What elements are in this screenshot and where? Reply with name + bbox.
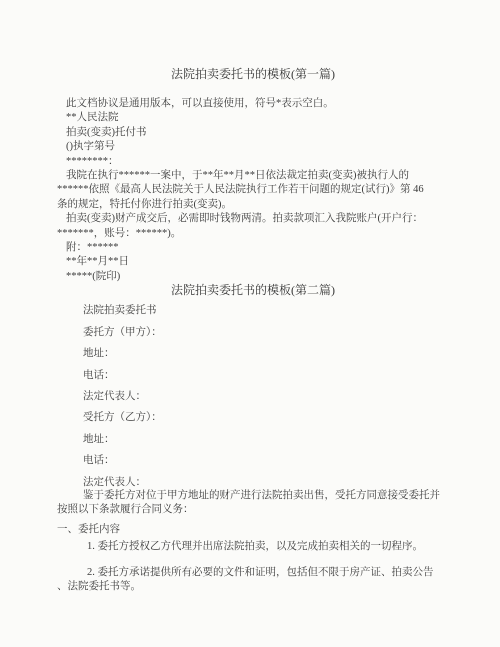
doc2-item-1: 1. 委托方授权乙方代理并出席法院拍卖，以及完成拍卖相关的一切程序。 — [57, 540, 449, 554]
text-line: ********： — [57, 155, 449, 169]
document-content: 法院拍卖委托书的模板(第一篇) 此文档协议是通用版本，可以直接使用，符号*表示空… — [57, 68, 449, 594]
doc1-payment-line: 拍卖(变卖)财产成交后，必需即时钱物两清。拍卖款项汇入我院账户(开户行： — [57, 212, 449, 226]
text-line: **人民法院 — [57, 111, 449, 125]
text-line: 受托方（乙方）： — [57, 407, 449, 428]
doc2-whereas-line: 按照以下条款履行合同义务： — [57, 503, 449, 517]
text-line: 地址： — [57, 429, 449, 450]
text-line: 电话： — [57, 450, 449, 471]
text-line: 地址： — [57, 343, 449, 364]
doc1-ruling-line: ******依照《最高人民法院关于人民法院执行工作若干问题的规定(试行)》第 4… — [57, 183, 449, 197]
doc1-title: 法院拍卖委托书的模板(第一篇) — [57, 68, 449, 81]
doc1-payment-line: *******，账号：******)。 — [57, 227, 449, 241]
doc1-ruling-line: 我院在执行******一案中，于**年**月**日依法裁定拍卖(变卖)被执行人的 — [57, 169, 449, 183]
doc1-attachment-line: 附：****** — [57, 241, 449, 255]
doc2-parties-block: 法院拍卖委托书 委托方（甲方）：地址：电话：法定代表人：受托方（乙方）：地址：电… — [57, 300, 449, 493]
doc2-party-fields: 委托方（甲方）：地址：电话：法定代表人：受托方（乙方）：地址：电话：法定代表人： — [57, 322, 449, 493]
doc1-date-line: **年**月**日 — [57, 255, 449, 269]
text-line: 法定代表人： — [57, 386, 449, 407]
doc1-ruling-line: 条的规定，特托付你进行拍卖(变卖)。 — [57, 198, 449, 212]
doc2-title: 法院拍卖委托书的模板(第二篇) — [57, 284, 449, 297]
text-line: 此文档协议是通用版本，可以直接使用，符号*表示空白。 — [57, 97, 449, 111]
doc1-intro-block: 此文档协议是通用版本，可以直接使用，符号*表示空白。**人民法院拍卖(变卖)托付… — [57, 97, 449, 169]
doc2-whereas-line: 鉴于委托方对位于甲方地址的财产进行法院拍卖出售，受托方同意接受委托并 — [57, 489, 449, 503]
text-line: ()执字第号 — [57, 140, 449, 154]
text-line: 电话： — [57, 365, 449, 386]
document-page: 法院拍卖委托书的模板(第一篇) 此文档协议是通用版本，可以直接使用，符号*表示空… — [0, 0, 500, 647]
doc2-section-heading: 一、委托内容 — [57, 523, 449, 537]
text-line: 委托方（甲方）： — [57, 322, 449, 343]
doc2-item-2-line: 2. 委托方承诺提供所有必要的文件和证明，包括但不限于房产证、拍卖公告 — [57, 566, 449, 580]
doc2-item-2-line: 、法院委托书等。 — [57, 580, 449, 594]
doc2-subtitle: 法院拍卖委托书 — [57, 300, 449, 321]
text-line: 拍卖(变卖)托付书 — [57, 126, 449, 140]
